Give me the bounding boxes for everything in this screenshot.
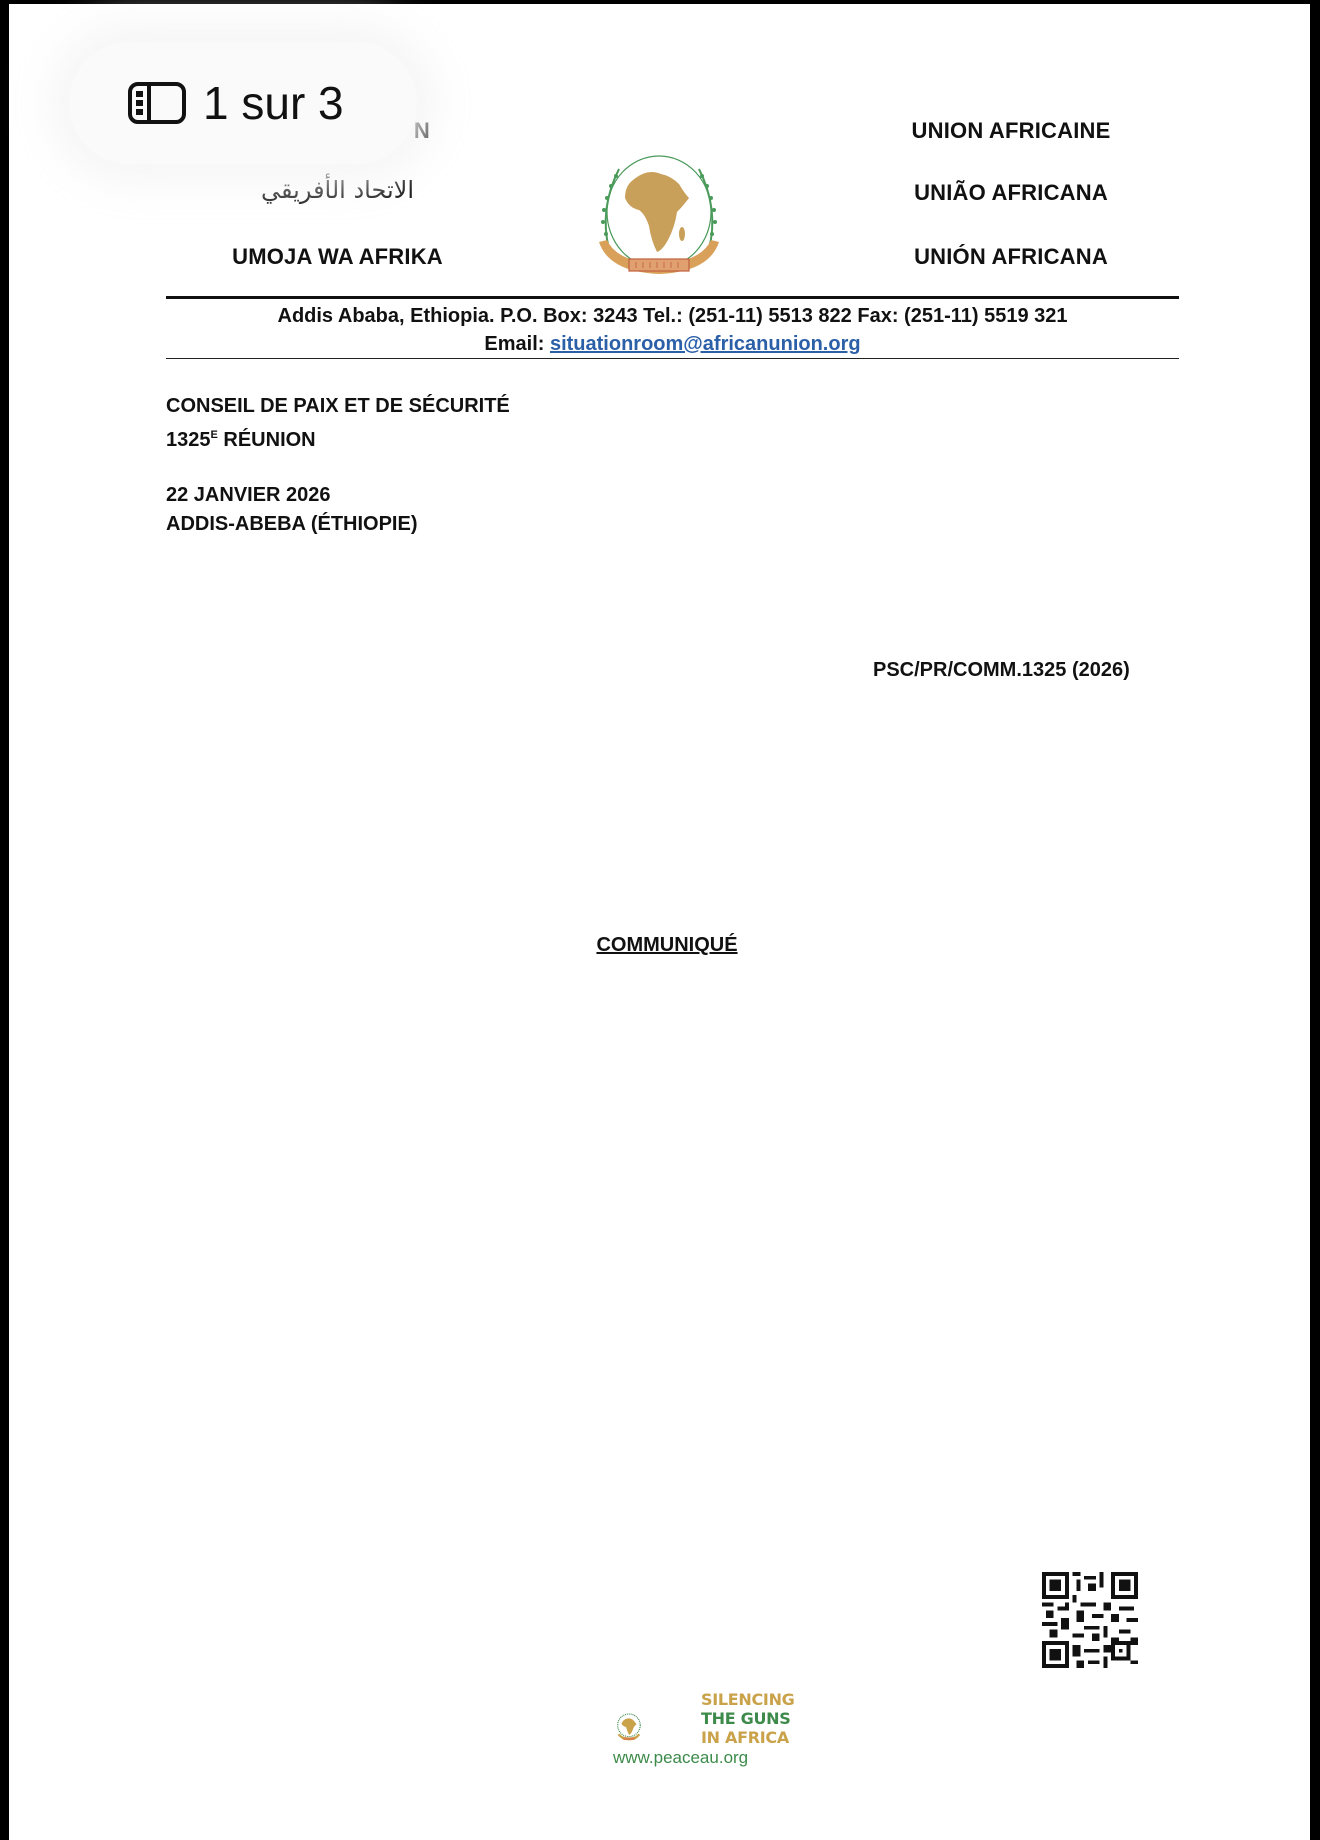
date-place-block: 22 JANVIER 2026 ADDIS-ABEBA (ÉTHIOPIE) — [166, 481, 417, 539]
letterhead-swahili: UMOJA WA AFRIKA — [230, 244, 445, 270]
email-line: Email: situationroom@africanunion.org — [166, 333, 1179, 356]
qr-code-icon — [1042, 1572, 1138, 1668]
email-label: Email: — [484, 333, 550, 355]
meeting-date: 22 JANVIER 2026 — [166, 481, 417, 510]
letterhead-arabic: الاتحاد الأفريقي — [230, 176, 445, 204]
letterhead-portuguese: UNIÃO AFRICANA — [902, 180, 1120, 206]
meeting-block: CONSEIL DE PAIX ET DE SÉCURITÉ 1325E RÉU… — [166, 392, 510, 455]
letterhead-french: UNION AFRICAINE — [902, 118, 1120, 144]
letterhead-spanish: UNIÓN AFRICANA — [902, 244, 1120, 270]
contact-divider — [166, 358, 1179, 359]
email-link[interactable]: situationroom@africanunion.org — [550, 333, 861, 355]
page-indicator-text: 1 sur 3 — [203, 76, 344, 130]
contact-line: Addis Ababa, Ethiopia. P.O. Box: 3243 Te… — [166, 305, 1179, 328]
header-divider — [166, 296, 1179, 299]
document-reference: PSC/PR/COMM.1325 (2026) — [873, 659, 1130, 682]
page-indicator-pill[interactable]: 1 sur 3 — [69, 42, 417, 164]
council-name: CONSEIL DE PAIX ET DE SÉCURITÉ — [166, 392, 510, 421]
sidebar-thumbnails-icon[interactable] — [127, 81, 187, 125]
document-page: N الاتحاد الأفريقي UMOJA WA AFRIKA UNION… — [9, 4, 1310, 1840]
campaign-url[interactable]: www.peaceau.org — [613, 1748, 748, 1768]
campaign-line-3: IN AFRICA — [701, 1728, 789, 1747]
document-title: COMMUNIQUÉ — [489, 934, 845, 957]
campaign-line-2: THE GUNS — [701, 1709, 790, 1728]
meeting-number: 1325E RÉUNION — [166, 421, 510, 455]
meeting-place: ADDIS-ABEBA (ÉTHIOPIE) — [166, 510, 417, 539]
african-union-emblem-icon — [589, 154, 729, 279]
campaign-line-1: SILENCING — [701, 1690, 795, 1709]
